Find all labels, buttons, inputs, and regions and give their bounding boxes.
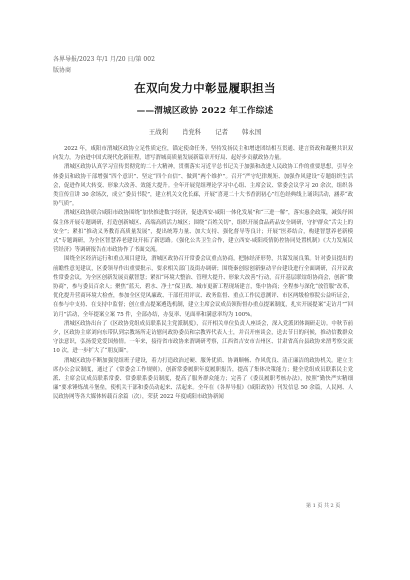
body-paragraph: 渭城区政协出台了《区政协党组成员联系民主党派制度》，召开相关单位负责人座谈会，深… (53, 320, 353, 357)
body-paragraph: 渭城区政协联合咸阳市政协围绕“加快推进数字经济，促进西安-咸阳一体化发展”和“三… (53, 209, 353, 255)
body-paragraph: 渭城区政协认真学习宣传贯彻党的二十大精神，贯彻落实习近平总书记关于加强和改进人民… (53, 163, 353, 209)
article-subtitle: ——渭城区政协 2022 年工作综述 (0, 104, 410, 116)
article-body: 2022 年，咸阳市渭城区政协立足性质定位，锚定使命任务，坚持发扬民主和增进团结… (53, 145, 353, 403)
publication-meta: 各界导报/2023 年/1 月/20 日/第 002 版协商 (53, 54, 155, 76)
author-name: 韩永国 (242, 128, 261, 136)
body-paragraph: 渭城区政协不断加强党组班子建设，着力打造政治过硬、服务优质、协调顺畅、作风优良、… (53, 357, 353, 403)
document-page: 各界导报/2023 年/1 月/20 日/第 002 版协商 在双向发力中彰显履… (0, 0, 410, 580)
body-paragraph: 2022 年，咸阳市渭城区政协立足性质定位，锚定使命任务，坚持发扬民主和增进团结… (53, 145, 353, 163)
body-paragraph: 围绕全区经济运行和重点项目建设，渭城区政协召开常委会议重点协商，把脉经济形势，共… (53, 255, 353, 319)
publication-meta-line2: 版协商 (53, 65, 155, 76)
article-byline: 王战利 肖党科 记者 韩永国 (0, 127, 410, 136)
page-number: 第 1 页 共 2 页 (306, 502, 340, 509)
article-title: 在双向发力中彰显履职担当 (0, 80, 410, 96)
author-name: 肖党科 (182, 128, 201, 136)
author-name: 王战利 (149, 128, 168, 136)
publication-meta-line1: 各界导报/2023 年/1 月/20 日/第 002 (53, 54, 155, 65)
byline-role: 记者 (215, 128, 228, 136)
